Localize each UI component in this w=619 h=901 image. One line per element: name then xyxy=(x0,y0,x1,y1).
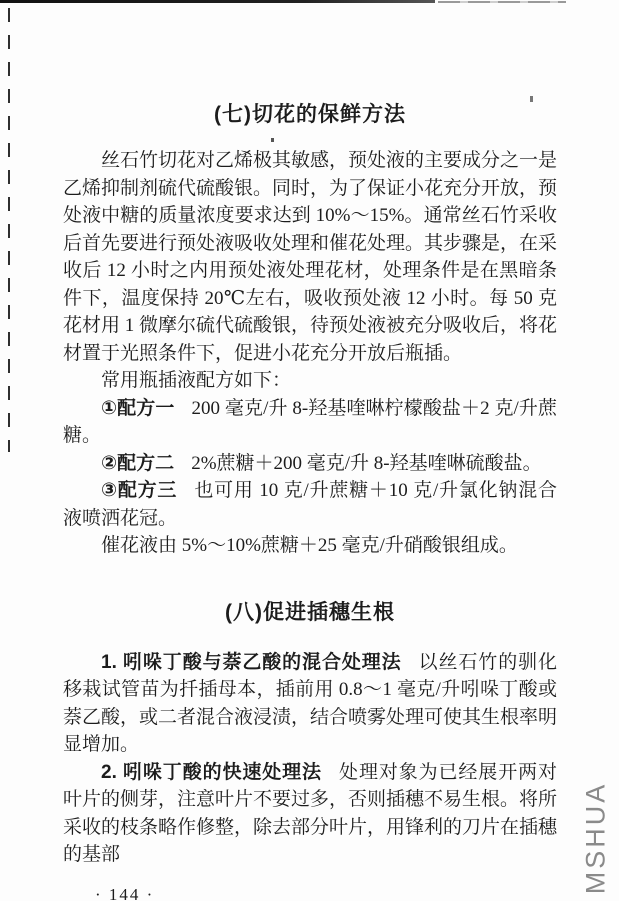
recipe-2: ②配方二2%蔗糖＋200 毫克/升 8-羟基喹啉硫酸盐。 xyxy=(63,450,557,478)
recipe-3-label: ③配方三 xyxy=(101,480,177,501)
scanned-book-page: (七)切花的保鲜方法 丝石竹切花对乙烯极其敏感，预处液的主要成分之一是乙烯抑制剂… xyxy=(0,0,619,901)
paragraph-closing: 催花液由 5%～10%蔗糖＋25 毫克/升硝酸银组成。 xyxy=(63,532,557,560)
paragraph-recipes-lead: 常用瓶插液配方如下： xyxy=(63,367,557,395)
recipe-2-label: ②配方二 xyxy=(101,453,174,474)
method-1: 1. 吲哚丁酸与萘乙酸的混合处理法以丝石竹的驯化移栽试管苗为扦插母本，插前用 0… xyxy=(63,649,557,759)
recipe-2-text: 2%蔗糖＋200 毫克/升 8-羟基喹啉硫酸盐。 xyxy=(191,453,541,474)
paragraph-intro: 丝石竹切花对乙烯极其敏感，预处液的主要成分之一是乙烯抑制剂硫代硫酸银。同时，为了… xyxy=(63,147,557,367)
method-1-label: 1. 吲哚丁酸与萘乙酸的混合处理法 xyxy=(101,652,402,673)
page-number: · 144 · xyxy=(95,885,557,901)
recipe-1-label: ①配方一 xyxy=(101,398,174,419)
section-title-freshness: (七)切花的保鲜方法 xyxy=(63,103,557,127)
page-content: (七)切花的保鲜方法 丝石竹切花对乙烯极其敏感，预处液的主要成分之一是乙烯抑制剂… xyxy=(0,0,619,901)
recipe-1: ①配方一200 毫克/升 8-羟基喹啉柠檬酸盐＋2 克/升蔗糖。 xyxy=(63,395,557,450)
method-2: 2. 吲哚丁酸的快速处理法处理对象为已经展开两对叶片的侧芽，注意叶片不要过多，否… xyxy=(63,759,557,869)
section-title-rooting: (八)促进插穗生根 xyxy=(63,601,557,625)
recipe-3: ③配方三也可用 10 克/升蔗糖＋10 克/升氯化钠混合液喷洒花冠。 xyxy=(63,477,557,532)
method-2-label: 2. 吲哚丁酸的快速处理法 xyxy=(101,762,322,783)
watermark-text: MSHUA xyxy=(581,782,612,895)
